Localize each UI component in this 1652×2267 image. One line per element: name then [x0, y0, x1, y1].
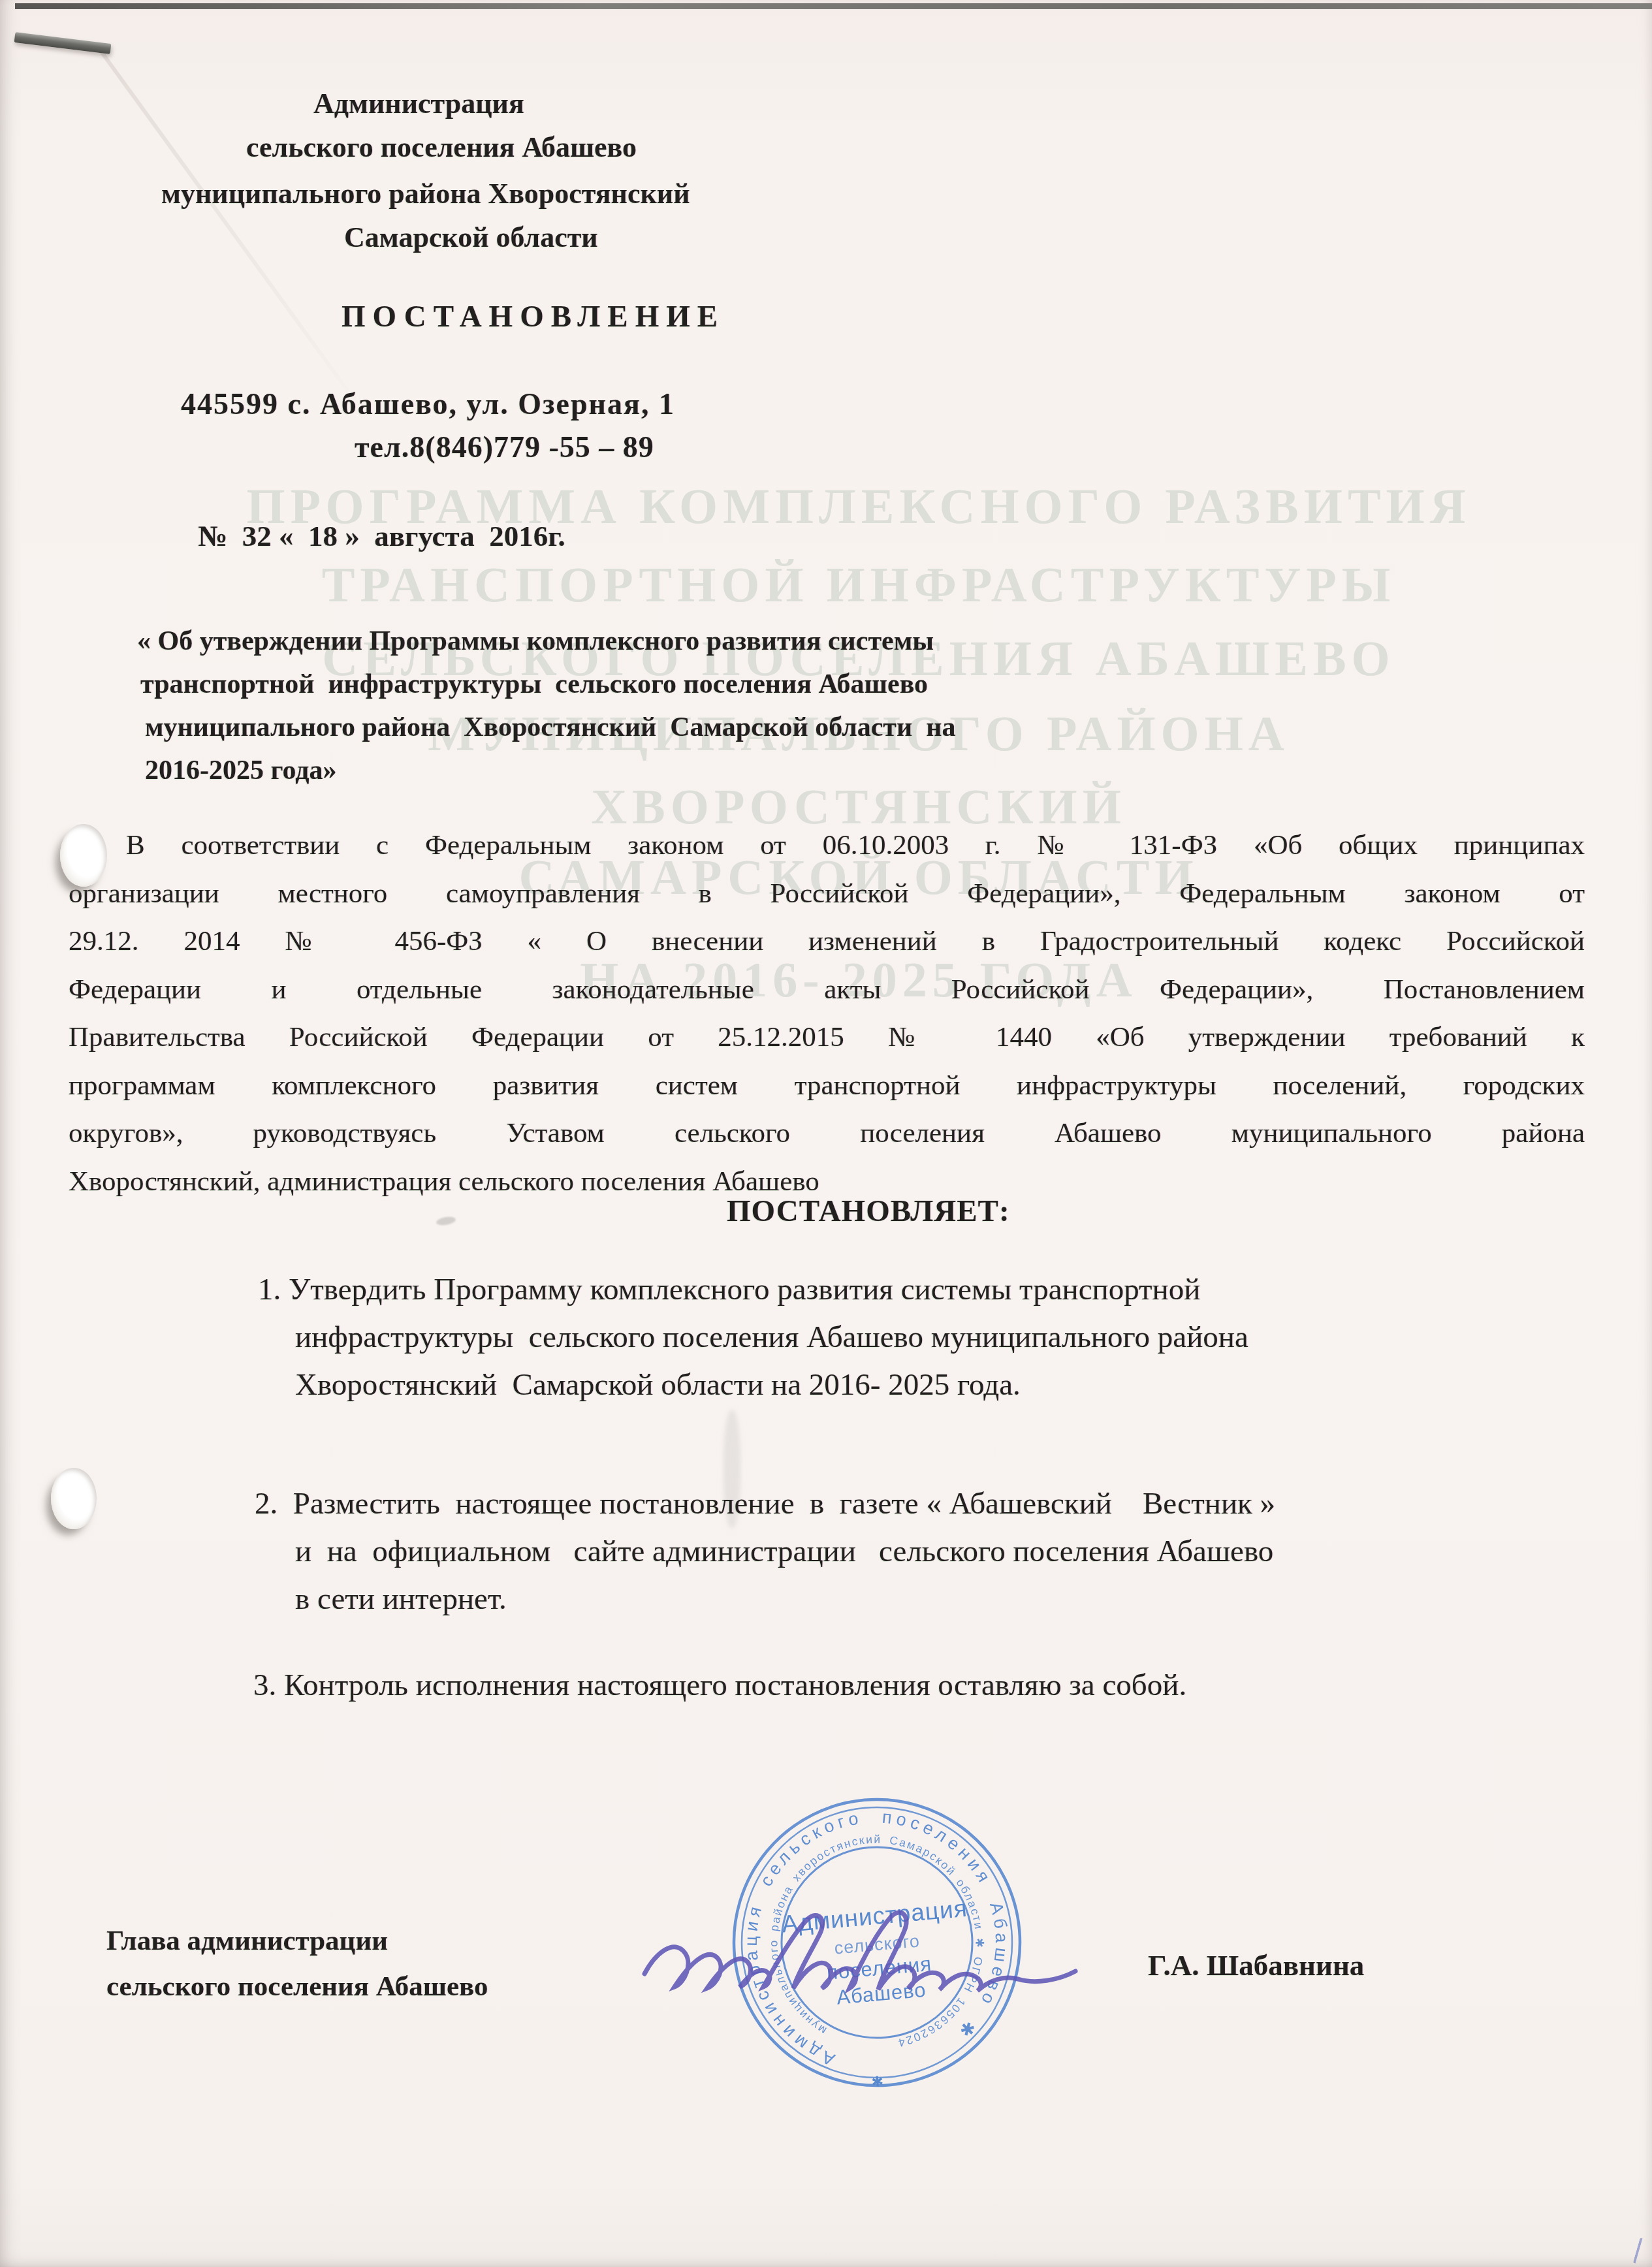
- item-1-line: инфраструктуры сельского поселения Абаше…: [295, 1320, 1248, 1355]
- signer-name: Г.А. Шабавнина: [1148, 1948, 1364, 1982]
- document-title-line: 2016-2025 года»: [145, 755, 337, 786]
- staple-mark: [14, 32, 112, 54]
- small-smudge: [436, 1215, 456, 1226]
- preamble-line: округов», руководствуясь Уставом сельско…: [69, 1109, 1585, 1158]
- document-type-heading: ПОСТАНОВЛЕНИЕ: [342, 299, 725, 334]
- preamble-line: программам комплексного развития систем …: [69, 1062, 1585, 1110]
- scanned-document-page: ПРОГРАММА КОМПЛЕКСНОГО РАЗВИТИЯ ТРАНСПОР…: [0, 0, 1652, 2267]
- ghost-bleedthrough-line: ТРАНСПОРТНОЙ ИНФРАСТРУКТУРЫ: [65, 557, 1652, 614]
- org-name-line: Самарской области: [344, 221, 598, 254]
- item-1-line: Хворостянский Самарской области на 2016-…: [295, 1367, 1021, 1403]
- document-title-line: транспортной инфраструктуры сельского по…: [140, 669, 928, 700]
- preamble-paragraph: В соответствии с Федеральным законом от …: [69, 821, 1585, 1205]
- org-name-line: Администрация: [313, 87, 524, 120]
- preamble-line: Федерации и отдельные законодательные ак…: [69, 966, 1585, 1014]
- org-name-line: муниципального района Хворостянский: [161, 177, 690, 210]
- signature-stroke: [644, 1912, 1075, 1991]
- hole-punch-bottom: [51, 1468, 97, 1529]
- preamble-line: В соответствии с Федеральным законом от …: [69, 821, 1585, 870]
- document-title-line: « Об утверждении Программы комплексного …: [137, 626, 934, 657]
- preamble-line: 29.12. 2014 № 456-ФЗ « О внесении измене…: [69, 917, 1585, 966]
- org-name-line: сельского поселения Абашево: [246, 131, 637, 164]
- org-address: 445599 с. Абашево, ул. Озерная, 1: [181, 387, 675, 421]
- signer-position-line: Глава администрации: [106, 1925, 388, 1957]
- preamble-line: Правительства Российской Федерации от 25…: [69, 1013, 1585, 1062]
- document-number-and-date: № 32 « 18 » августа 2016г.: [198, 519, 565, 553]
- handwritten-signature: [637, 1897, 1087, 2011]
- hole-punch-top: [60, 824, 107, 887]
- item-2-line: 2. Разместить настоящее постановление в …: [255, 1486, 1275, 1521]
- org-phone: тел.8(846)779 -55 – 89: [355, 430, 654, 464]
- signer-position-line: сельского поселения Абашево: [106, 1971, 488, 2003]
- scanner-edge-shadow: [15, 3, 1652, 9]
- preamble-line: организации местного самоуправления в Ро…: [69, 870, 1585, 918]
- item-2-line: в сети интернет.: [295, 1581, 507, 1617]
- item-2-line: и на официальном сайте администрации сел…: [295, 1534, 1273, 1569]
- document-title-line: муниципального района Хворостянский Сама…: [145, 712, 955, 743]
- ink-mark-bottom-right: [1633, 2238, 1648, 2265]
- item-3-line: 3. Контроль исполнения настоящего постан…: [253, 1668, 1186, 1703]
- stamp-bottom-star: ✱: [871, 2073, 885, 2091]
- resolves-heading: ПОСТАНОВЛЯЕТ:: [727, 1194, 1010, 1229]
- item-1-line: 1. Утвердить Программу комплексного разв…: [258, 1272, 1200, 1307]
